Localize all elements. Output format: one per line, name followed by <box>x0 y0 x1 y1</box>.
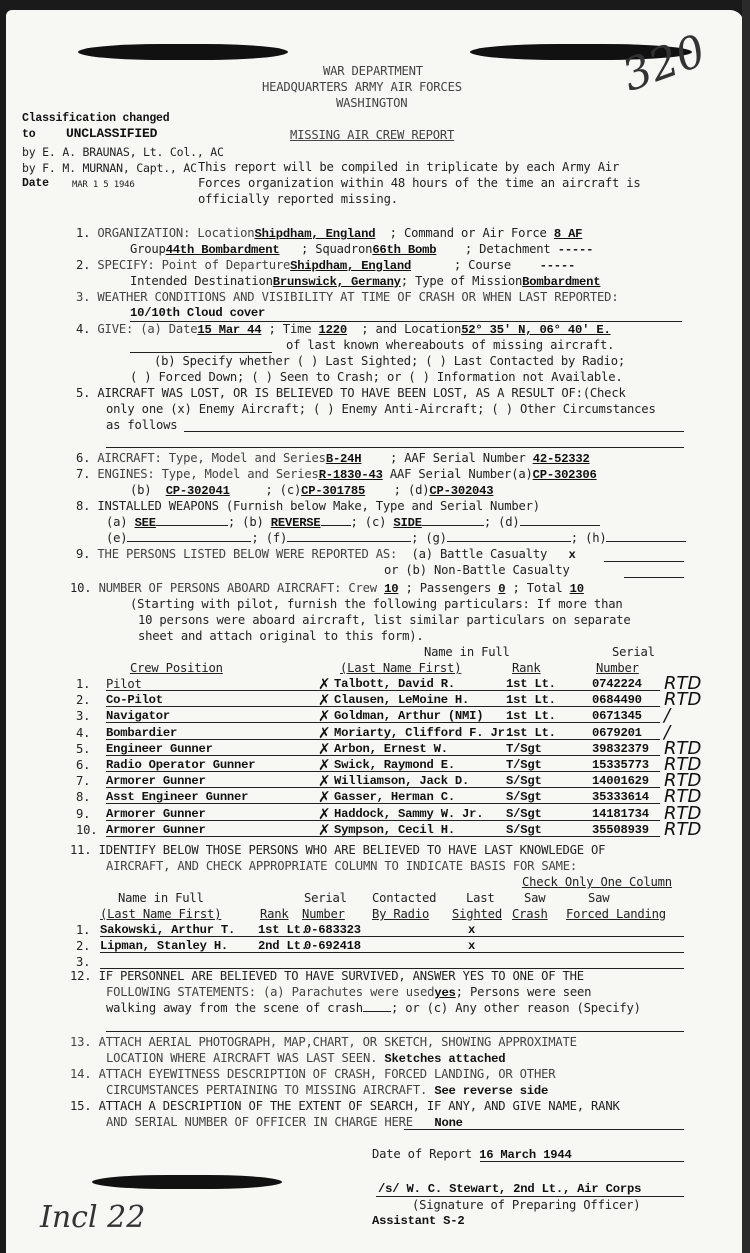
rule <box>106 771 660 772</box>
aircraft-series: B-24H <box>326 452 362 466</box>
crew-header-rank: Rank <box>512 661 541 675</box>
crew-name: Clausen, LeMoine H. <box>334 693 469 707</box>
org-group: 44th Bombardment <box>166 243 280 257</box>
item-4-line-2: of last known whereabouts of missing air… <box>286 338 614 352</box>
item-8-weapons-row-1: (a) SEE; (b) REVERSE; (c) SIDE; (d) <box>106 515 600 530</box>
crew-name: Arbon, Ernest W. <box>334 742 448 756</box>
crew-rank: S/Sgt <box>506 774 542 788</box>
item-1-line-2: Group44th Bombardment ; Squadron66th Bom… <box>130 242 593 257</box>
item-11: 11. IDENTIFY BELOW THOSE PERSONS WHO ARE… <box>70 843 605 857</box>
engine-serial-c: CP-301785 <box>301 484 365 498</box>
loss-location: 52° 35' N, 06° 40' E. <box>461 323 610 337</box>
crew-position: Pilot <box>106 677 142 691</box>
k-header-crash: Crash <box>512 907 548 921</box>
department-heading: WAR DEPARTMENT <box>323 64 423 78</box>
org-squadron: 66th Bomb <box>372 243 436 257</box>
redaction-bar-left <box>78 44 288 60</box>
crew-serial: 39832379 <box>592 742 649 756</box>
crew-name: Williamson, Jack D. <box>334 774 469 788</box>
report-date: Date of Report 16 March 1944 <box>372 1147 572 1162</box>
rule <box>624 577 684 578</box>
item-10: 10. NUMBER OF PERSONS ABOARD AIRCRAFT: C… <box>70 581 584 596</box>
crew-header-serial-top: Serial <box>612 645 655 659</box>
crew-row-number: 2. <box>76 693 90 707</box>
last-sighted-mark: x <box>468 939 475 953</box>
instruction-line-1: This report will be compiled in triplica… <box>198 160 619 174</box>
item-6: 6. AIRCRAFT: Type, Model and SeriesB-24H… <box>76 451 590 466</box>
item-5-line-2: only one (x) Enemy Aircraft; ( ) Enemy A… <box>106 402 656 416</box>
signature-caption: (Signature of Preparing Officer) <box>412 1198 640 1212</box>
crew-serial: 35333614 <box>592 790 649 804</box>
loss-time: 1220 <box>319 323 347 337</box>
rule <box>106 787 660 788</box>
destination: Brunswick, Germany <box>273 275 401 289</box>
rule <box>404 1129 684 1130</box>
crew-rank: S/Sgt <box>506 823 542 837</box>
course: ----- <box>540 259 576 273</box>
crew-header-position: Crew Position <box>130 661 223 675</box>
crew-header-serial: Number <box>596 661 639 675</box>
k-header-name: (Last Name First) <box>100 907 221 921</box>
rule <box>106 690 660 691</box>
item-5-line-3: as follows <box>106 418 177 432</box>
rule <box>376 1196 684 1197</box>
k-header-radio-top: Contacted <box>372 891 436 905</box>
rule <box>106 1031 684 1032</box>
hq-heading: HEADQUARTERS ARMY AIR FORCES <box>262 80 462 94</box>
rule <box>106 820 660 821</box>
instruction-line-2: Forces organization within 48 hours of t… <box>198 176 641 190</box>
classification-to-value: UNCLASSIFIED <box>66 127 157 141</box>
rule <box>106 447 684 448</box>
item-5: 5. AIRCRAFT WAS LOST, OR IS BELIEVED TO … <box>76 386 626 400</box>
rule <box>106 755 660 756</box>
k-header-landing: Forced Landing <box>566 907 666 921</box>
rule <box>184 431 684 432</box>
crew-name: Talbott, David R. <box>334 677 455 691</box>
crew-position: Engineer Gunner <box>106 742 213 756</box>
battle-casualty-mark: x <box>569 548 576 562</box>
crew-header-name-top: Name in Full <box>424 645 510 659</box>
item-4: 4. GIVE: (a) Date15 Mar 44 ; Time 1220 ;… <box>76 322 611 337</box>
classification-to-label: to <box>22 128 35 142</box>
redaction-bar-bottom <box>92 1175 282 1189</box>
crew-row-number: 5. <box>76 742 90 756</box>
item-7: 7. ENGINES: Type, Model and SeriesR-1830… <box>76 467 597 482</box>
knowledge-row-number: 3. <box>76 955 90 969</box>
crew-rank: T/Sgt <box>506 758 542 772</box>
classification-by-1: by E. A. BRAUNAS, Lt. Col., AC <box>22 145 224 159</box>
crew-row-number: 9. <box>76 807 90 821</box>
crew-row-number: 3. <box>76 709 90 723</box>
org-command: 8 AF <box>554 227 582 241</box>
crew-rank: S/Sgt <box>506 790 542 804</box>
item-10-note-2: 10 persons were aboard aircraft, list si… <box>138 613 631 627</box>
parachutes-used: yes <box>434 986 455 1000</box>
knowledge-serial: 0-683323 <box>304 923 361 937</box>
classification-date-value: MAR 1 5 1946 <box>72 178 135 192</box>
item-8: 8. INSTALLED WEAPONS (Furnish below Make… <box>76 499 540 513</box>
crew-rank: 1st Lt. <box>506 677 556 691</box>
crew-rank: S/Sgt <box>506 807 542 821</box>
classification-changed: Classification changed <box>22 112 169 126</box>
rule <box>100 936 684 937</box>
rule <box>106 836 660 837</box>
crew-position: Radio Operator Gunner <box>106 758 255 772</box>
item-12-line-2: FOLLOWING STATEMENTS: (a) Parachutes wer… <box>106 985 591 1000</box>
k-header-name-top: Name in Full <box>118 891 204 905</box>
scan-edge <box>742 0 750 1253</box>
knowledge-row-number: 2. <box>76 939 90 953</box>
item-11-line-2: AIRCRAFT, AND CHECK APPROPRIATE COLUMN T… <box>106 859 577 873</box>
crew-name: Gasser, Herman C. <box>334 790 455 804</box>
item-2: 2. SPECIFY: Point of DepartureShipdham, … <box>76 258 575 273</box>
crew-position: Armorer Gunner <box>106 774 206 788</box>
weapon-a: SEE <box>135 516 156 530</box>
departure-point: Shipdham, England <box>290 259 411 273</box>
item-12: 12. IF PERSONNEL ARE BELIEVED TO HAVE SU… <box>70 969 584 983</box>
knowledge-row-number: 1. <box>76 923 90 937</box>
rule <box>604 561 684 562</box>
report-title: MISSING AIR CREW REPORT <box>290 128 454 142</box>
crew-position: Armorer Gunner <box>106 823 206 837</box>
crew-row-number: 6. <box>76 758 90 772</box>
rule <box>106 706 660 707</box>
classification-by-2: by F. M. MURNAN, Capt., AC <box>22 161 197 175</box>
crew-serial: 14181734 <box>592 807 649 821</box>
crew-serial: 0742224 <box>592 677 642 691</box>
k-header-landing-top: Saw <box>588 891 609 905</box>
k-header-rank: Rank <box>260 907 289 921</box>
crew-count: 10 <box>384 582 398 596</box>
item-13: 13. ATTACH AERIAL PHOTOGRAPH, MAP,CHART,… <box>70 1035 577 1049</box>
crew-serial: 14001629 <box>592 774 649 788</box>
item-15-line-2: AND SERIAL NUMBER OF OFFICER IN CHARGE H… <box>106 1115 463 1130</box>
classification-date-label: Date <box>22 177 49 191</box>
officer-title: Assistant S-2 <box>372 1214 464 1228</box>
knowledge-name: Sakowski, Arthur T. <box>100 923 235 937</box>
knowledge-rank: 2nd Lt. <box>258 939 308 953</box>
sketches-attached: Sketches attached <box>384 1052 505 1066</box>
passenger-count: 0 <box>498 582 505 596</box>
instruction-line-3: officially reported missing. <box>198 192 398 206</box>
item-8-weapons-row-2: (e); (f); (g); (h) <box>106 531 686 545</box>
crew-serial: 35508939 <box>592 823 649 837</box>
rule <box>106 739 660 740</box>
check-only-one-column: Check Only One Column <box>522 875 672 889</box>
crew-name: Moriarty, Clifford F. Jr. <box>334 726 512 740</box>
rule <box>106 722 660 723</box>
mission-type: Bombardment <box>522 275 600 289</box>
search-officer: None <box>434 1116 462 1130</box>
engine-serial-a: CP-302306 <box>533 468 597 482</box>
knowledge-name: Lipman, Stanley H. <box>100 939 228 953</box>
item-12-line-3: walking away from the scene of crash; or… <box>106 1001 641 1015</box>
k-header-serial-top: Serial <box>304 891 347 905</box>
weather-conditions: 10/10th Cloud cover <box>130 306 265 320</box>
weapon-c: SIDE <box>393 516 421 530</box>
rule <box>130 352 272 353</box>
k-header-radio: By Radio <box>372 907 429 921</box>
item-9-b: or (b) Non-Battle Casualty <box>384 563 570 577</box>
engine-serial-b: CP-302041 <box>166 484 230 498</box>
crew-position: Asst Engineer Gunner <box>106 790 248 804</box>
knowledge-rank: 1st Lt. <box>258 923 308 937</box>
crew-row-number: 7. <box>76 774 90 788</box>
org-location: Shipdham, England <box>254 227 375 241</box>
crew-header-name: (Last Name First) <box>340 661 461 675</box>
rule <box>480 1161 684 1162</box>
crew-position: Co-Pilot <box>106 693 163 707</box>
k-header-sighted: Sighted <box>452 907 502 921</box>
weapon-b: REVERSE <box>271 516 321 530</box>
crew-position: Bombardier <box>106 726 177 740</box>
item-7-line-2: (b) CP-302041 ; (c)CP-301785 ; (d)CP-302… <box>130 483 493 498</box>
item-4-b1: (b) Specify whether ( ) Last Sighted; ( … <box>154 354 625 368</box>
k-header-serial: Number <box>302 907 345 921</box>
org-detachment: ----- <box>558 243 594 257</box>
item-14: 14. ATTACH EYEWITNESS DESCRIPTION OF CRA… <box>70 1067 555 1081</box>
city-heading: WASHINGTON <box>336 96 407 110</box>
crew-rank: 1st Lt. <box>506 693 556 707</box>
item-14-line-2: CIRCUMSTANCES PERTAINING TO MISSING AIRC… <box>106 1083 548 1098</box>
item-3: 3. WEATHER CONDITIONS AND VISIBILITY AT … <box>76 290 618 304</box>
crew-serial: 0684490 <box>592 693 642 707</box>
loss-date: 15 Mar 44 <box>197 323 261 337</box>
engine-series: R-1830-43 <box>319 468 383 482</box>
item-15: 15. ATTACH A DESCRIPTION OF THE EXTENT O… <box>70 1099 620 1113</box>
crew-name: Sympson, Cecil H. <box>334 823 455 837</box>
k-header-crash-top: Saw <box>524 891 545 905</box>
item-13-line-2: LOCATION WHERE AIRCRAFT WAS LAST SEEN. S… <box>106 1051 505 1066</box>
k-header-sighted-top: Last <box>466 891 495 905</box>
item-9: 9. THE PERSONS LISTED BELOW WERE REPORTE… <box>76 547 576 562</box>
aircraft-serial: 42-52332 <box>533 452 590 466</box>
crew-name: Goldman, Arthur (NMI) <box>334 709 483 723</box>
item-10-note-3: sheet and attach original to this form). <box>138 629 424 643</box>
crew-row-number: 8. <box>76 790 90 804</box>
crew-serial: 0671345 <box>592 709 642 723</box>
crew-name: Haddock, Sammy W. Jr. <box>334 807 483 821</box>
crew-position: Navigator <box>106 709 170 723</box>
item-1: 1. ORGANIZATION: LocationShipdham, Engla… <box>76 226 582 241</box>
crew-rank: T/Sgt <box>506 742 542 756</box>
crew-serial: 15335773 <box>592 758 649 772</box>
crew-row-number: 10. <box>76 823 97 837</box>
total-count: 10 <box>570 582 584 596</box>
crew-row-number: 4. <box>76 726 90 740</box>
rule <box>100 952 684 953</box>
handwritten-incl: Incl 22 <box>40 1200 145 1235</box>
crew-rank: 1st Lt. <box>506 709 556 723</box>
item-10-note-1: (Starting with pilot, furnish the follow… <box>130 597 623 611</box>
see-reverse-side: See reverse side <box>434 1084 548 1098</box>
last-sighted-mark: x <box>468 923 475 937</box>
crew-rank: 1st Lt. <box>506 726 556 740</box>
handwritten-rtd-note: RTD <box>664 819 701 840</box>
rule <box>106 803 660 804</box>
item-4-b2: ( ) Forced Down; ( ) Seen to Crash; or (… <box>130 370 623 384</box>
crew-row-number: 1. <box>76 677 90 691</box>
item-2-line-2: Intended DestinationBrunswick, Germany; … <box>130 274 600 289</box>
crew-name: Swick, Raymond E. <box>334 758 455 772</box>
crew-position: Armorer Gunner <box>106 807 206 821</box>
crew-serial: 0679201 <box>592 726 642 740</box>
knowledge-serial: 0-692418 <box>304 939 361 953</box>
engine-serial-d: CP-302043 <box>429 484 493 498</box>
officer-signature: /s/ W. C. Stewart, 2nd Lt., Air Corps <box>378 1182 641 1196</box>
